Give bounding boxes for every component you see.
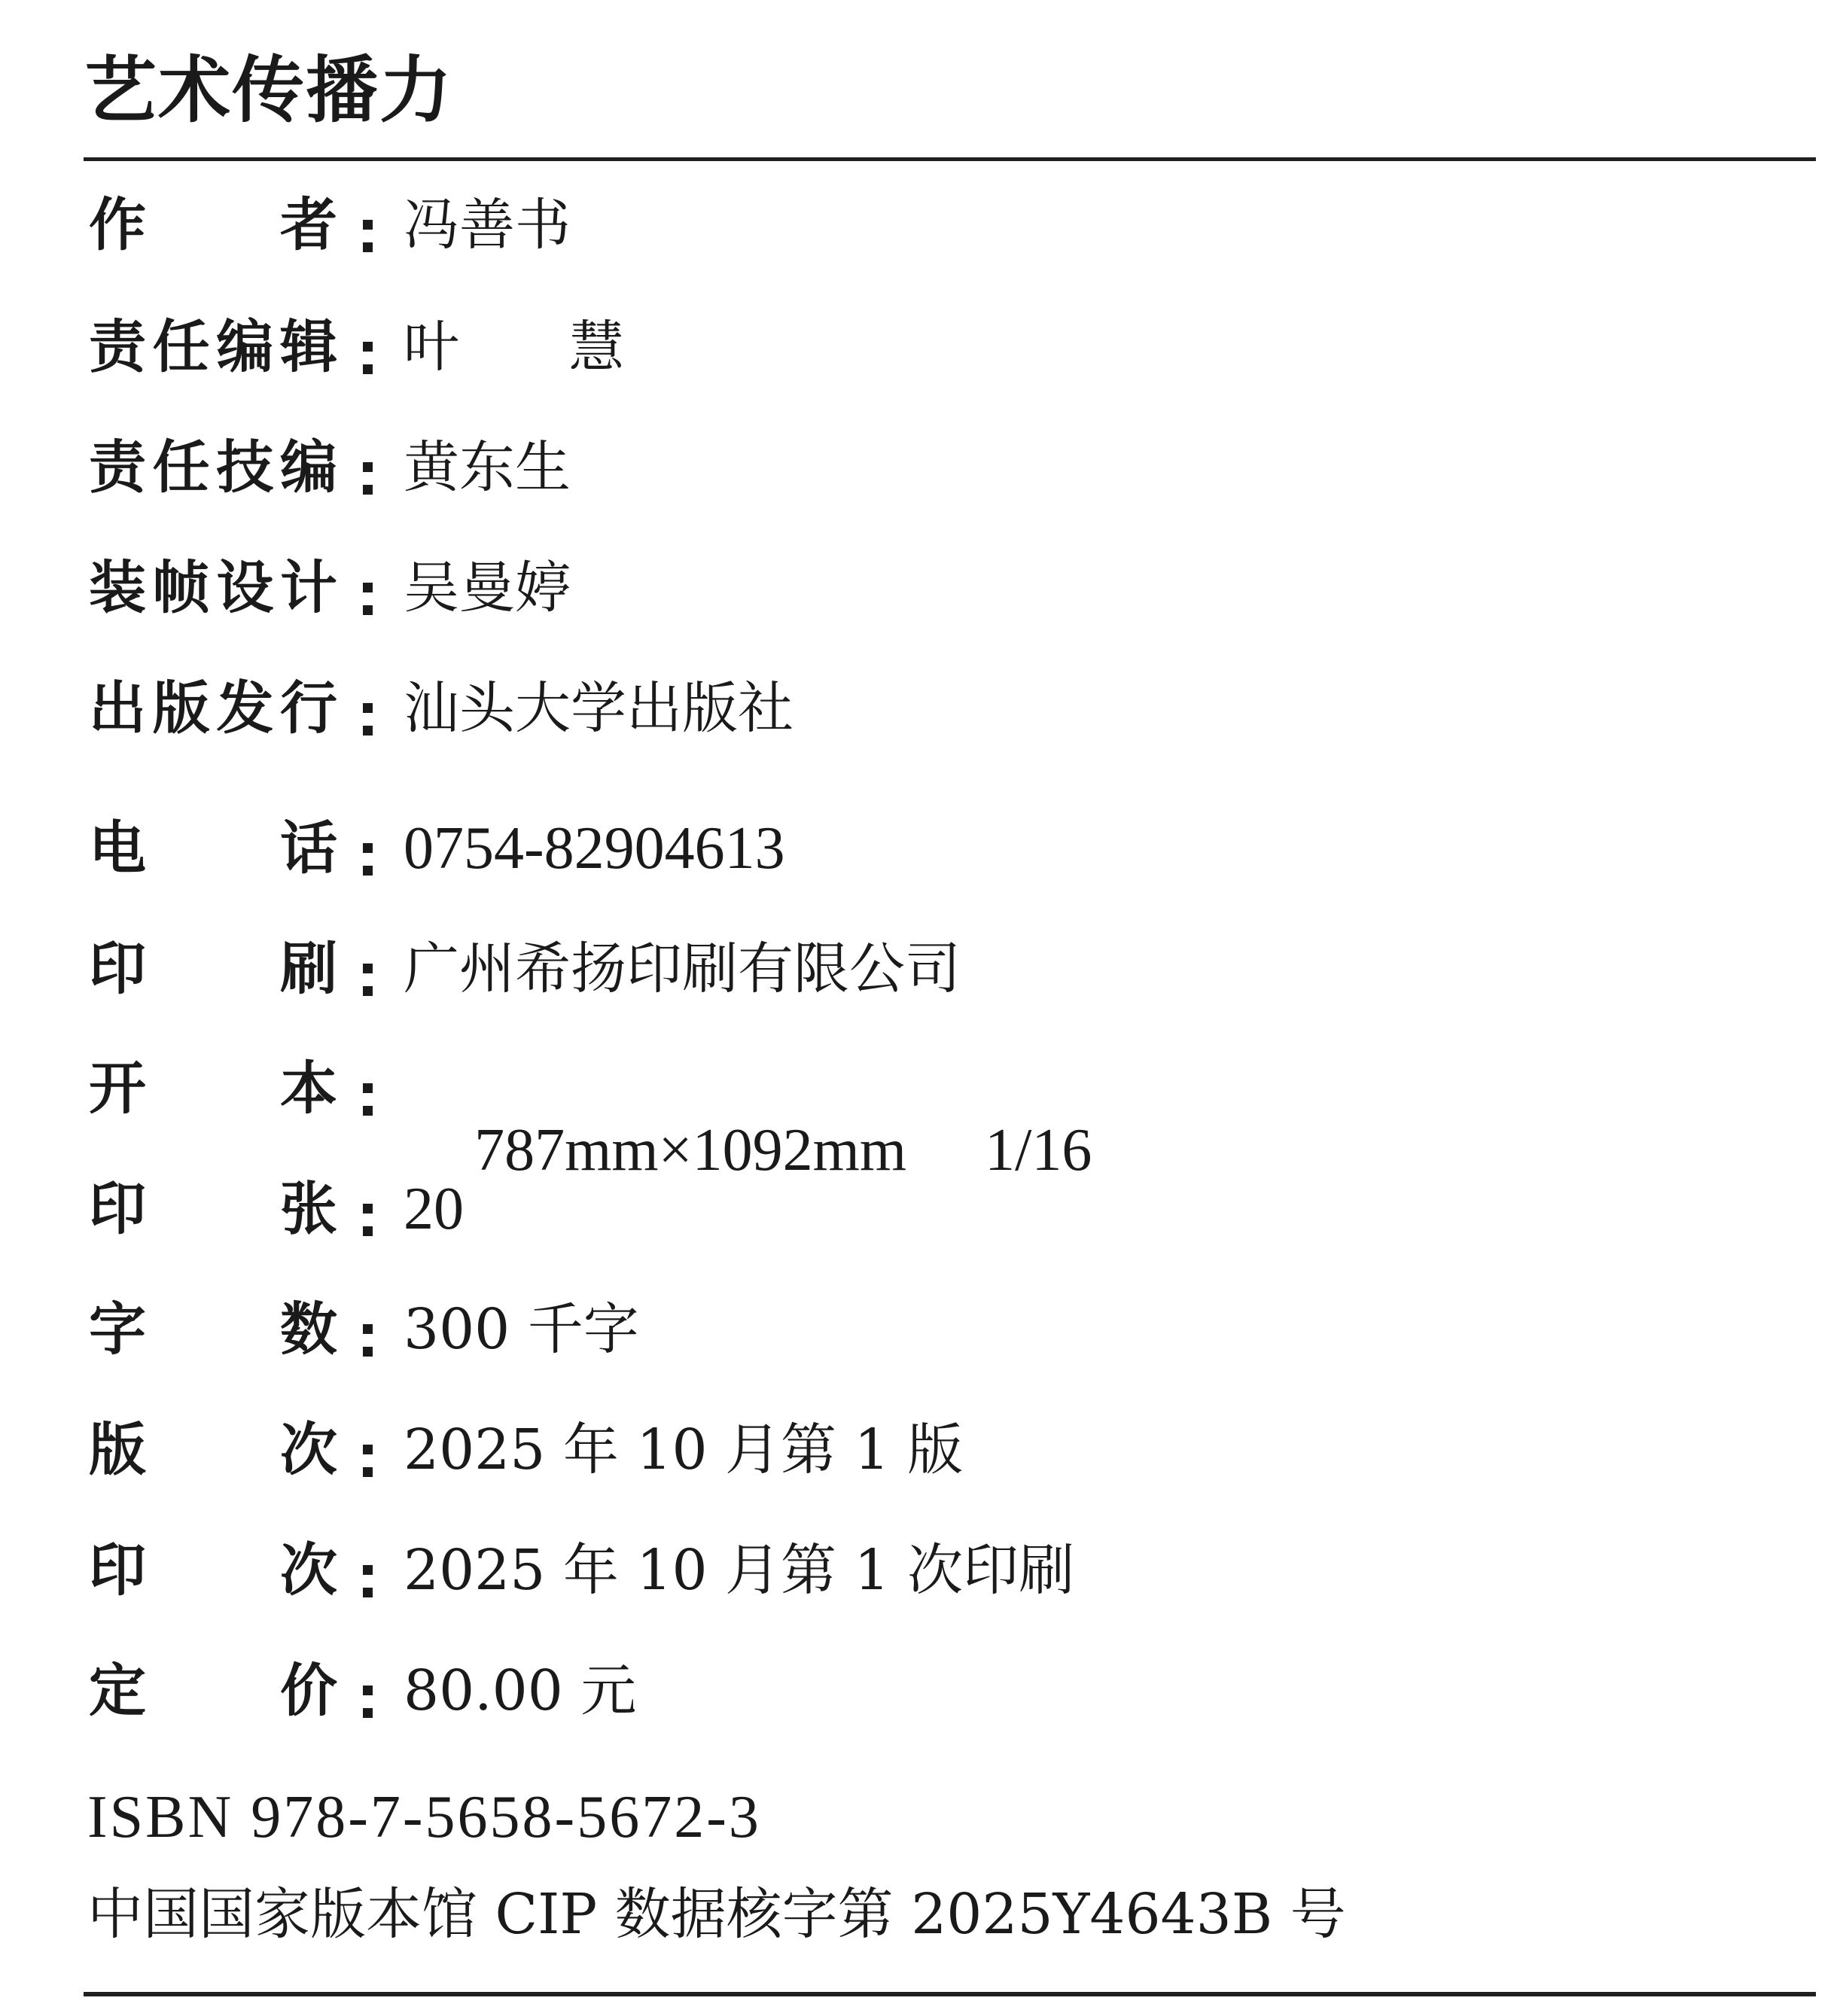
row-label: 责 任 技 编 bbox=[89, 437, 337, 498]
row-label: 电 话 bbox=[89, 818, 337, 879]
info-row-publisher: 出 版 发 行 汕头大学出版社 bbox=[89, 678, 1745, 739]
row-value: 20 bbox=[404, 1178, 464, 1240]
label-char: 版 bbox=[153, 678, 210, 739]
info-row-format: 开 本 787mm×1092mm 1/16 bbox=[89, 1058, 1745, 1119]
info-row-edition: 版 次 2025 年 10 月第 1 版 bbox=[89, 1419, 1745, 1481]
row-value: 吴曼婷 bbox=[404, 557, 571, 619]
label-char: 技 bbox=[216, 437, 273, 498]
row-label: 版 次 bbox=[89, 1419, 337, 1481]
info-row-word-count: 字 数 300 千字 bbox=[89, 1299, 1745, 1360]
colon-separator bbox=[354, 1058, 381, 1119]
format-fraction: 1/16 bbox=[985, 1117, 1092, 1183]
label-char: 版 bbox=[89, 1419, 146, 1481]
label-char: 作 bbox=[89, 194, 146, 256]
colon-separator bbox=[354, 1539, 381, 1601]
info-row-printer: 印 刷 广州希扬印刷有限公司 bbox=[89, 938, 1745, 1000]
label-char: 计 bbox=[280, 557, 337, 619]
info-row-cover-design: 装 帧 设 计 吴曼婷 bbox=[89, 557, 1745, 619]
row-value: 787mm×1092mm bbox=[404, 1058, 906, 1119]
row-value: 2025 年 10 月第 1 版 bbox=[404, 1419, 963, 1481]
label-char: 本 bbox=[280, 1058, 337, 1119]
colon-separator bbox=[354, 818, 381, 879]
row-value-extra: 1/16 bbox=[914, 1058, 1092, 1119]
row-label: 印 次 bbox=[89, 1539, 337, 1601]
row-label: 装 帧 设 计 bbox=[89, 557, 337, 619]
row-value: 冯善书 bbox=[404, 194, 571, 256]
colon-separator bbox=[354, 1419, 381, 1481]
row-label: 字 数 bbox=[89, 1299, 337, 1360]
colon-separator bbox=[354, 678, 381, 739]
book-title: 艺术传播力 bbox=[84, 54, 453, 126]
label-char: 印 bbox=[89, 1539, 146, 1601]
row-value: 0754-82904613 bbox=[404, 818, 785, 879]
colon-separator bbox=[354, 194, 381, 256]
label-char: 辑 bbox=[280, 316, 337, 378]
colon-separator bbox=[354, 938, 381, 1000]
format-size: 787mm×1092mm bbox=[474, 1117, 906, 1183]
label-char: 编 bbox=[216, 316, 273, 378]
label-char: 编 bbox=[280, 437, 337, 498]
colon-separator bbox=[354, 1299, 381, 1360]
label-char: 发 bbox=[216, 678, 273, 739]
label-char: 责 bbox=[89, 437, 146, 498]
label-char: 印 bbox=[89, 938, 146, 1000]
info-row-technical-editor: 责 任 技 编 黄东生 bbox=[89, 437, 1745, 498]
row-value: 叶 慧 bbox=[404, 316, 637, 378]
row-value: 广州希扬印刷有限公司 bbox=[404, 938, 961, 1000]
row-value: 300 千字 bbox=[404, 1299, 639, 1360]
row-value: 2025 年 10 月第 1 次印刷 bbox=[404, 1539, 1074, 1601]
cip-line: 中国国家版本馆 CIP 数据核字第 2025Y4643B 号 bbox=[87, 1887, 1346, 1942]
info-row-author: 作 者 冯善书 bbox=[89, 194, 1745, 256]
label-char: 话 bbox=[280, 818, 337, 879]
label-char: 次 bbox=[280, 1419, 337, 1481]
info-row-editor: 责 任 编 辑 叶 慧 bbox=[89, 316, 1745, 378]
label-char: 字 bbox=[89, 1299, 146, 1360]
info-row-phone: 电 话 0754-82904613 bbox=[89, 818, 1745, 879]
phone-number: 0754-82904613 bbox=[404, 815, 785, 882]
colon-separator bbox=[354, 437, 381, 498]
row-label: 印 张 bbox=[89, 1178, 337, 1240]
colon-separator bbox=[354, 557, 381, 619]
row-label: 作 者 bbox=[89, 194, 337, 256]
info-row-printing: 印 次 2025 年 10 月第 1 次印刷 bbox=[89, 1539, 1745, 1601]
bottom-divider bbox=[84, 1992, 1816, 1996]
label-char: 数 bbox=[280, 1299, 337, 1360]
row-value: 汕头大学出版社 bbox=[404, 678, 794, 739]
label-char: 责 bbox=[89, 316, 146, 378]
row-value: 80.00 元 bbox=[404, 1660, 636, 1722]
row-value: 黄东生 bbox=[404, 437, 571, 498]
label-char: 开 bbox=[89, 1058, 146, 1119]
row-label: 定 价 bbox=[89, 1660, 337, 1722]
top-divider bbox=[84, 157, 1816, 161]
row-label: 印 刷 bbox=[89, 938, 337, 1000]
info-row-sheets: 印 张 20 bbox=[89, 1178, 1745, 1240]
colon-separator bbox=[354, 316, 381, 378]
sheets-count: 20 bbox=[404, 1176, 464, 1242]
label-char: 任 bbox=[153, 437, 210, 498]
label-char: 印 bbox=[89, 1178, 146, 1240]
isbn-line: ISBN 978-7-5658-5672-3 bbox=[87, 1787, 761, 1847]
label-char: 定 bbox=[89, 1660, 146, 1722]
row-label: 出 版 发 行 bbox=[89, 678, 337, 739]
label-char: 任 bbox=[153, 316, 210, 378]
info-row-price: 定 价 80.00 元 bbox=[89, 1660, 1745, 1722]
label-char: 行 bbox=[280, 678, 337, 739]
row-label: 开 本 bbox=[89, 1058, 337, 1119]
label-char: 次 bbox=[280, 1539, 337, 1601]
label-char: 出 bbox=[89, 678, 146, 739]
label-char: 张 bbox=[280, 1178, 337, 1240]
colon-separator bbox=[354, 1660, 381, 1722]
label-char: 者 bbox=[280, 194, 337, 256]
label-char: 帧 bbox=[153, 557, 210, 619]
label-char: 装 bbox=[89, 557, 146, 619]
label-char: 设 bbox=[216, 557, 273, 619]
row-label: 责 任 编 辑 bbox=[89, 316, 337, 378]
label-char: 价 bbox=[280, 1660, 337, 1722]
colon-separator bbox=[354, 1178, 381, 1240]
label-char: 刷 bbox=[280, 938, 337, 1000]
label-char: 电 bbox=[89, 818, 146, 879]
